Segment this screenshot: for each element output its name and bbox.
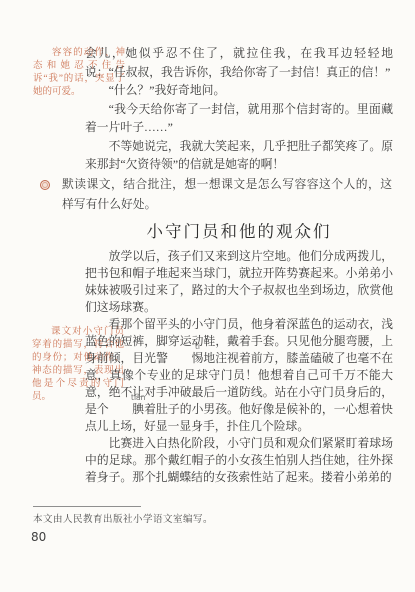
story-paragraph: “我今天给你寄了一封信，就用那个信封寄的。里面藏着一片叶子……” <box>85 100 393 137</box>
page-number: 80 <box>31 530 46 544</box>
char-tian: 腆 <box>132 402 144 416</box>
article-paragraph-3: 比赛进入白热化阶段，小守门员和观众们紧紧盯着球场中的足球。那个戴红帽子的小女孩生… <box>85 435 393 486</box>
textbook-page: 容容的动作、神态和她忍不住告诉“我”的话，突显了她的可爱。 会儿，她似乎忍不住了… <box>0 0 415 592</box>
story-paragraph: 不等她说完，我就大笑起来，几乎把肚子都笑疼了。原来那封“欠资待领”的信就是她寄的… <box>85 137 393 174</box>
flower-stamp-icon <box>40 180 50 190</box>
pinyin-annotated-char-tian: tiǎn腆 <box>109 401 144 418</box>
pinyin-annotated-char-ti: tì惕 <box>168 350 203 367</box>
story-paragraph: “什么？”我好奇地问。 <box>85 81 393 100</box>
footnote-divider <box>33 506 141 507</box>
article-body: 放学以后，孩子们又来到这片空地。他们分成两拨儿，把书包和帽子堆起来当球门，就拉开… <box>85 248 393 486</box>
story-paragraph: 会儿，她似乎忍不住了，就拉住我，在我耳边轻轻地说：“任叔叔，我告诉你，我给你寄了… <box>85 44 393 81</box>
pinyin-tian: tiǎn <box>107 394 145 401</box>
lesson-title: 小守门员和他的观众们 <box>85 218 393 242</box>
article-paragraph-2: 看那个留平头的小守门员，他身着深蓝色的运动衣，浅蓝色的短裤，脚穿运动鞋，戴着手套… <box>85 316 393 435</box>
article-paragraph-1: 放学以后，孩子们又来到这片空地。他们分成两拨儿，把书包和帽子堆起来当球门，就拉开… <box>85 248 393 316</box>
pinyin-ti: tì <box>171 343 200 350</box>
story-end-text: 会儿，她似乎忍不住了，就拉住我，在我耳边轻轻地说：“任叔叔，我告诉你，我给你寄了… <box>85 44 393 174</box>
char-ti: 惕 <box>192 351 204 365</box>
footnote: 本文由人民教育出版社小学语文室编写。 <box>33 511 363 525</box>
reading-question: 默读课文，结合批注，想一想课文是怎么写容容这个人的，这样写有什么好处。 <box>62 175 392 214</box>
